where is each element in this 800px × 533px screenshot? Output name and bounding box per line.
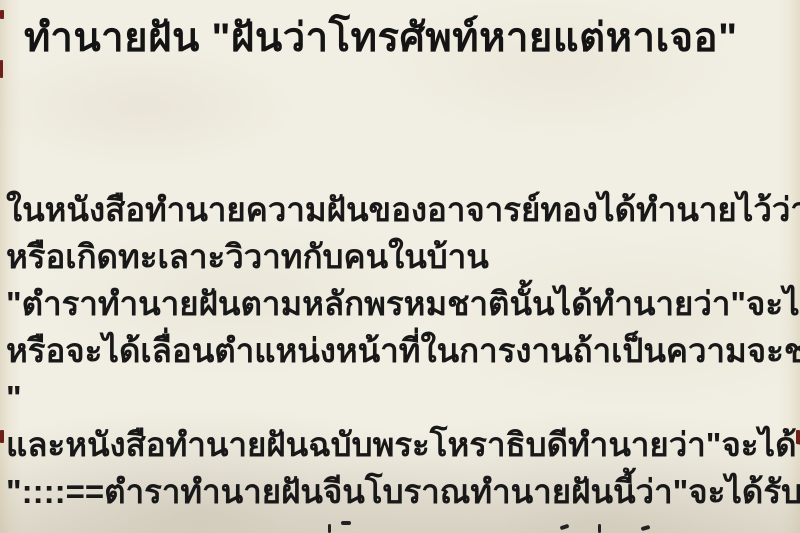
cutoff-line-glyph-fragment	[341, 521, 351, 525]
body-line-5-closing-quote: "	[0, 374, 800, 421]
paper-page: ทำนายฝัน "ฝันว่าโทรศัพท์หายแต่หาเจอ" ในห…	[0, 0, 800, 533]
cutoff-line-glyph-fragment	[560, 524, 570, 531]
page-title: ทำนายฝัน "ฝันว่าโทรศัพท์หายแต่หาเจอ"	[24, 10, 800, 66]
cutoff-line-glyph-fragment	[641, 525, 651, 531]
edge-speck	[796, 430, 800, 444]
cutoff-line-glyph-fragment	[598, 524, 601, 533]
body-line-1: ในหนังสือทำนายความฝันของอาจารย์ทองได้ทำน…	[0, 186, 800, 233]
body-line-7: "::::==ตำราทำนายฝันจีนโบราณทำนายฝันนี้ว่…	[0, 468, 800, 515]
edge-speck	[0, 60, 3, 78]
edge-speck	[0, 10, 4, 19]
article-body: ในหนังสือทำนายความฝันของอาจารย์ทองได้ทำน…	[0, 186, 800, 515]
body-line-2: หรือเกิดทะเลาะวิวาทกับคนในบ้าน	[0, 233, 800, 280]
edge-speck	[0, 430, 4, 443]
cutoff-line-glyph-fragment	[328, 524, 331, 533]
body-line-6: และหนังสือทำนายฝันฉบับพระโหราธิบดีทำนายว…	[0, 421, 800, 468]
body-line-3: "ตำราทำนายฝันตามหลักพรหมชาตินั้นได้ทำนาย…	[0, 280, 800, 327]
body-line-4: หรือจะได้เลื่อนตำแหน่งหน้าที่ในการงานถ้า…	[0, 327, 800, 374]
